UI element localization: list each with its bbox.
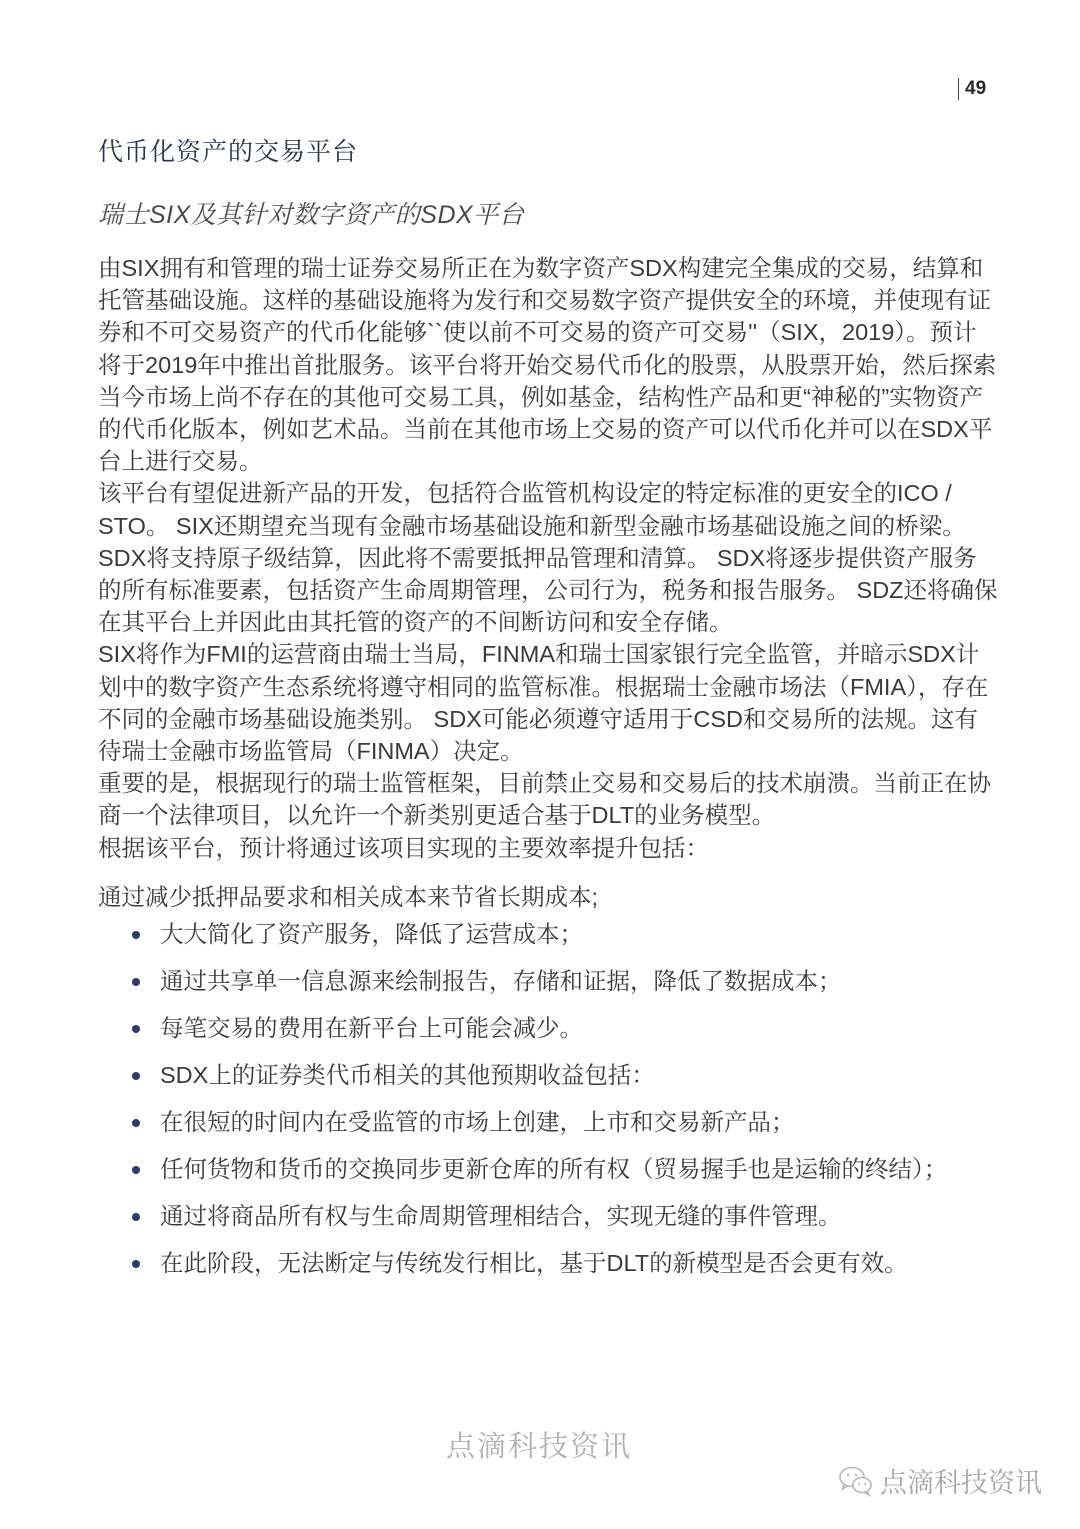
bullet-icon bbox=[132, 1166, 140, 1174]
list-item: SDX上的证券类代币相关的其他预期收益包括： bbox=[130, 1059, 990, 1091]
page-number: 49 bbox=[958, 78, 986, 100]
section-title: 代币化资产的交易平台 bbox=[98, 132, 358, 168]
bullet-icon bbox=[132, 1119, 140, 1127]
footer-watermark: 点滴科技资讯 bbox=[446, 1424, 632, 1465]
paragraph-efficiency-intro: 根据该平台，预计将通过该项目实现的主要效率提升包括： bbox=[98, 832, 998, 864]
list-item: 任何货物和货币的交换同步更新仓库的所有权（贸易握手也是运输的终结）； bbox=[130, 1153, 990, 1185]
subsection-title: 瑞士SIX及其针对数字资产的SDX平台 bbox=[98, 195, 524, 231]
bullet-icon bbox=[132, 1025, 140, 1033]
paragraph-sdx-overview: 由SIX拥有和管理的瑞士证券交易所正在为数字资产SDX构建完全集成的交易，结算和… bbox=[98, 252, 998, 477]
wechat-account-name: 点滴科技资讯 bbox=[880, 1461, 1042, 1500]
list-item: 大大简化了资产服务，降低了运营成本； bbox=[130, 918, 990, 950]
list-item: 在很短的时间内在受监管的市场上创建，上市和交易新产品； bbox=[130, 1106, 990, 1138]
wechat-icon bbox=[838, 1465, 874, 1497]
bullet-icon bbox=[132, 1260, 140, 1268]
lead-line: 通过减少抵押品要求和相关成本来节省长期成本; bbox=[98, 878, 598, 912]
list-item: 每笔交易的费用在新平台上可能会减少。 bbox=[130, 1012, 990, 1044]
body-text: 由SIX拥有和管理的瑞士证券交易所正在为数字资产SDX构建完全集成的交易，结算和… bbox=[98, 252, 998, 864]
paragraph-legal-framework: 重要的是，根据现行的瑞士监管框架，目前禁止交易和交易后的技术崩溃。当前正在协商一… bbox=[98, 767, 998, 831]
bullet-icon bbox=[132, 978, 140, 986]
paragraph-new-products: 该平台有望促进新产品的开发，包括符合监管机构设定的特定标准的更安全的ICO / … bbox=[98, 477, 998, 638]
bullet-icon bbox=[132, 1072, 140, 1080]
bullet-icon bbox=[132, 931, 140, 939]
benefits-list: 大大简化了资产服务，降低了运营成本； 通过共享单一信息源来绘制报告，存储和证据，… bbox=[130, 918, 990, 1294]
bullet-icon bbox=[132, 1213, 140, 1221]
wechat-account-badge: 点滴科技资讯 bbox=[838, 1461, 1042, 1500]
paragraph-regulation: SIX将作为FMI的运营商由瑞士当局，FINMA和瑞士国家银行完全监管，并暗示S… bbox=[98, 638, 998, 767]
list-item: 通过共享单一信息源来绘制报告，存储和证据，降低了数据成本； bbox=[130, 965, 990, 997]
list-item: 通过将商品所有权与生命周期管理相结合，实现无缝的事件管理。 bbox=[130, 1200, 990, 1232]
list-item: 在此阶段，无法断定与传统发行相比，基于DLT的新模型是否会更有效。 bbox=[130, 1247, 990, 1279]
